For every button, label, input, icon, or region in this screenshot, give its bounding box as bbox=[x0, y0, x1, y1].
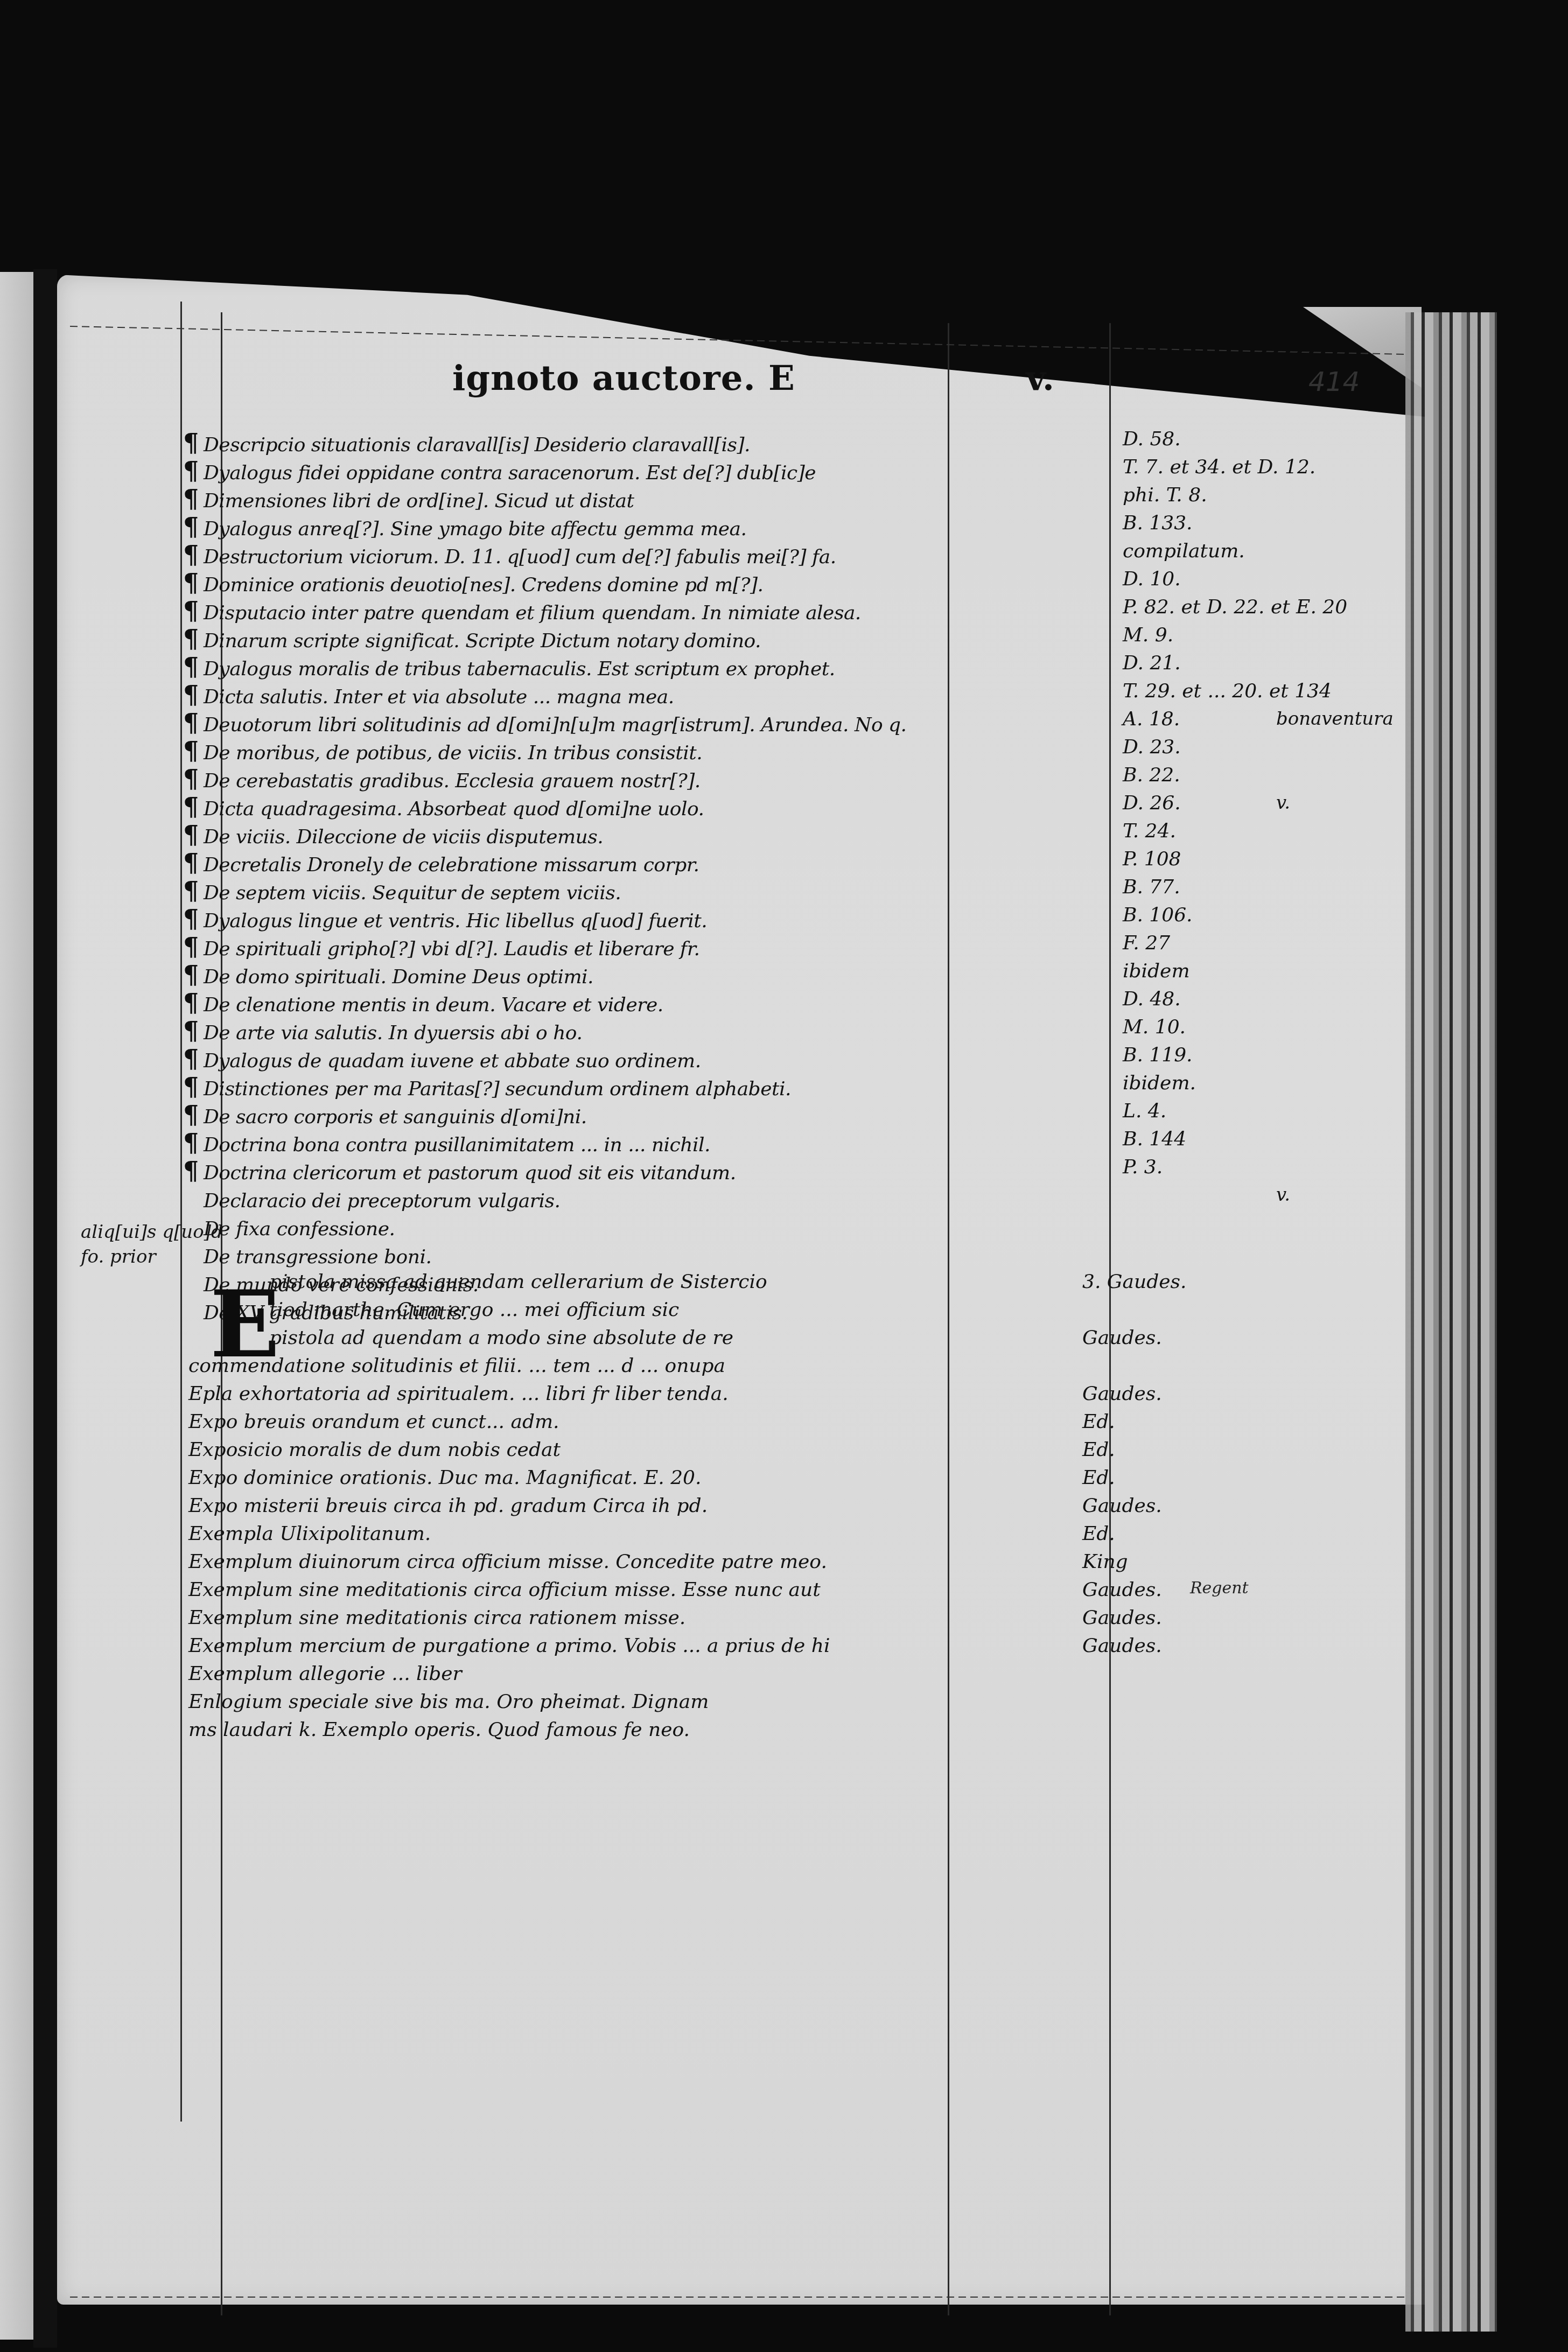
entry-title: commendatione solitudinis et filii. ... … bbox=[188, 1355, 725, 1377]
catalogue-entry: ¶De moribus, de potibus, de viciis. In t… bbox=[183, 736, 1314, 764]
entry-shelfmark: A. 18. bbox=[1123, 708, 1180, 730]
paragraph-mark-icon: ¶ bbox=[183, 624, 204, 653]
entry-title: Dyalogus fidei oppidane contra saracenor… bbox=[204, 462, 816, 484]
catalogue-entry: ¶Descripcio situationis claravall[is] De… bbox=[183, 428, 1314, 456]
margin-note-line: aliq[ui]s q[uo]d bbox=[81, 1220, 223, 1244]
entry-location: 3. Gaudes. bbox=[1082, 1271, 1186, 1293]
catalogue-entry: ¶De viciis. Dileccione de viciis dispute… bbox=[183, 820, 1314, 848]
catalogue-entry: ¶Dimensiones libri de ord[ine]. Sicud ut… bbox=[183, 484, 1314, 512]
epistola-entry: pistola missa ad quendam cellerarium de … bbox=[188, 1271, 1319, 1299]
folio-number: 414 bbox=[1308, 366, 1360, 397]
entry-title: Dicta quadragesima. Absorbeat quod d[omi… bbox=[204, 798, 704, 820]
entry-title: Exemplum sine meditationis circa ratione… bbox=[188, 1607, 685, 1629]
entry-title: Exempla Ulixipolitanum. bbox=[188, 1523, 431, 1545]
epistola-entry: commendatione solitudinis et filii. ... … bbox=[188, 1355, 1319, 1383]
entry-shelfmark: phi. T. 8. bbox=[1123, 484, 1207, 506]
epistola-entry: Exemplum mercium de purgatione a primo. … bbox=[188, 1635, 1319, 1663]
entry-shelfmark: B. 144 bbox=[1123, 1128, 1186, 1150]
entry-location: Ed. bbox=[1082, 1523, 1115, 1545]
epistola-entry: Enlogium speciale sive bis ma. Oro pheim… bbox=[188, 1691, 1319, 1719]
catalogue-entry: ¶Doctrina bona contra pusillanimitatem .… bbox=[183, 1128, 1314, 1156]
entry-shelfmark: compilatum. bbox=[1123, 540, 1245, 562]
entry-title: Dyalogus moralis de tribus tabernaculis.… bbox=[204, 658, 835, 680]
entry-title: Destructorium viciorum. D. 11. q[uod] cu… bbox=[204, 546, 836, 568]
entry-shelfmark: P. 82. et D. 22. et E. 20 bbox=[1123, 596, 1347, 618]
paragraph-mark-icon: ¶ bbox=[183, 1044, 204, 1073]
paragraph-mark-icon: ¶ bbox=[183, 848, 204, 877]
entry-title: De moribus, de potibus, de viciis. In tr… bbox=[204, 742, 702, 764]
catalogue-entry: ¶De septem viciis. Sequitur de septem vi… bbox=[183, 876, 1314, 904]
entry-title: Expo misterii breuis circa ih pd. gradum… bbox=[188, 1495, 708, 1517]
paragraph-mark-icon: ¶ bbox=[183, 876, 204, 905]
entry-title: ms laudari k. Exemplo operis. Quod famou… bbox=[188, 1719, 690, 1741]
paragraph-mark-icon: ¶ bbox=[183, 708, 204, 737]
epistola-entry: Exempla Ulixipolitanum.Ed. bbox=[188, 1523, 1319, 1551]
paragraph-mark-icon: ¶ bbox=[183, 1100, 204, 1129]
entry-shelfmark: ibidem. bbox=[1123, 1072, 1196, 1094]
entry-title: Doctrina bona contra pusillanimitatem ..… bbox=[204, 1134, 710, 1156]
paragraph-mark-icon: ¶ bbox=[183, 1156, 204, 1185]
catalogue-entry: ¶De sacro corporis et sanguinis d[omi]ni… bbox=[183, 1100, 1314, 1128]
entry-shelfmark: D. 48. bbox=[1123, 988, 1181, 1010]
catalogue-entry: ¶Dyalogus moralis de tribus tabernaculis… bbox=[183, 652, 1314, 680]
catalogue-entry: ¶Dyalogus anreq[?]. Sine ymago bite affe… bbox=[183, 512, 1314, 540]
entry-location: King bbox=[1082, 1551, 1128, 1573]
entry-title: De sacro corporis et sanguinis d[omi]ni. bbox=[204, 1106, 587, 1128]
catalogue-entry: ¶Decretalis Dronely de celebratione miss… bbox=[183, 848, 1314, 876]
entry-shelfmark: D. 21. bbox=[1123, 652, 1181, 674]
entry-title: pistola ad quendam a modo sine absolute … bbox=[188, 1327, 733, 1349]
entry-shelfmark: T. 24. bbox=[1123, 820, 1176, 842]
entry-shelfmark: B. 77. bbox=[1123, 876, 1180, 898]
entry-title: Exposicio moralis de dum nobis cedat bbox=[188, 1439, 561, 1461]
entry-location: Gaudes. bbox=[1082, 1383, 1162, 1405]
entry-title: Dimensiones libri de ord[ine]. Sicud ut … bbox=[204, 490, 634, 512]
entry-title: Expo dominice orationis. Duc ma. Magnifi… bbox=[188, 1467, 701, 1489]
entry-shelfmark: T. 7. et 34. et D. 12. bbox=[1123, 456, 1315, 478]
epistola-entry: Expo dominice orationis. Duc ma. Magnifi… bbox=[188, 1467, 1319, 1495]
epistola-section: E pistola missa ad quendam cellerarium d… bbox=[188, 1271, 1319, 1747]
entry-title: Enlogium speciale sive bis ma. Oro pheim… bbox=[188, 1691, 709, 1713]
epistola-entry: Expo misterii breuis circa ih pd. gradum… bbox=[188, 1495, 1319, 1523]
epistola-entry: Exemplum sine meditationis circa ratione… bbox=[188, 1607, 1319, 1635]
catalogue-entry: ¶Dinarum scripte significat. Scripte Dic… bbox=[183, 624, 1314, 652]
ruling-line-bottom bbox=[70, 2297, 1405, 2298]
entry-shelfmark: B. 22. bbox=[1123, 764, 1180, 786]
book-gutter bbox=[33, 269, 57, 2348]
epistola-entry: Epla exhortatoria ad spiritualem. ... li… bbox=[188, 1383, 1319, 1411]
entry-shelfmark: D. 23. bbox=[1123, 736, 1181, 758]
catalogue-entry: ¶De transgressione boni. bbox=[183, 1240, 1314, 1268]
paragraph-mark-icon: ¶ bbox=[183, 680, 204, 709]
entry-title: De arte via salutis. In dyuersis abi o h… bbox=[204, 1022, 582, 1044]
paragraph-mark-icon: ¶ bbox=[183, 904, 204, 933]
entry-title: Dominice orationis deuotio[nes]. Credens… bbox=[204, 574, 764, 596]
entry-title: Epla exhortatoria ad spiritualem. ... li… bbox=[188, 1383, 729, 1405]
entry-shelfmark: M. 9. bbox=[1123, 624, 1173, 646]
epistola-entry: Exposicio moralis de dum nobis cedatEd. bbox=[188, 1439, 1319, 1467]
entry-title: Doctrina clericorum et pastorum quod sit… bbox=[204, 1162, 736, 1184]
entry-shelfmark: F. 27 bbox=[1123, 932, 1170, 954]
entry-title: De septem viciis. Sequitur de septem vic… bbox=[204, 882, 621, 904]
epistola-entry: pistola ad quendam a modo sine absolute … bbox=[188, 1327, 1319, 1355]
catalogue-entry: ¶Declaracio dei preceptorum vulgaris.v. bbox=[183, 1184, 1314, 1212]
entry-title: De fixa confessione. bbox=[204, 1218, 395, 1240]
paragraph-mark-icon: ¶ bbox=[183, 820, 204, 849]
entry-title: tiod marthe. Cum ergo ... mei officium s… bbox=[188, 1299, 679, 1321]
entry-title: Exemplum mercium de purgatione a primo. … bbox=[188, 1635, 830, 1657]
paragraph-mark-icon: ¶ bbox=[183, 596, 204, 625]
paragraph-mark-icon: ¶ bbox=[183, 792, 204, 821]
entry-shelfmark: T. 29. et ... 20. et 134 bbox=[1123, 680, 1332, 702]
paragraph-mark-icon: ¶ bbox=[183, 512, 204, 541]
catalogue-entry: ¶De domo spirituali. Domine Deus optimi.… bbox=[183, 960, 1314, 988]
catalogue-entry: ¶Dominice orationis deuotio[nes]. Creden… bbox=[183, 568, 1314, 596]
entry-title: Decretalis Dronely de celebratione missa… bbox=[204, 854, 699, 876]
entry-title: De transgressione boni. bbox=[204, 1246, 431, 1268]
catalogue-entry: ¶Dyalogus de quadam iuvene et abbate suo… bbox=[183, 1044, 1314, 1072]
entry-location: Gaudes. bbox=[1082, 1327, 1162, 1349]
paragraph-mark-icon: ¶ bbox=[183, 456, 204, 485]
catalogue-entry: ¶Distinctiones per ma Paritas[?] secundu… bbox=[183, 1072, 1314, 1100]
epistola-entry: tiod marthe. Cum ergo ... mei officium s… bbox=[188, 1299, 1319, 1327]
entry-shelfmark: D. 58. bbox=[1123, 428, 1181, 450]
entry-title: De spirituali gripho[?] vbi d[?]. Laudis… bbox=[204, 938, 699, 960]
epistola-entry: Exemplum diuinorum circa officium misse.… bbox=[188, 1551, 1319, 1579]
entry-title: Dyalogus lingue et ventris. Hic libellus… bbox=[204, 910, 707, 932]
paragraph-mark-icon: ¶ bbox=[183, 428, 204, 457]
entry-title: Descripcio situationis claravall[is] Des… bbox=[204, 434, 750, 456]
entry-shelfmark: P. 108 bbox=[1123, 848, 1181, 870]
entry-title: Deuotorum libri solitudinis ad d[omi]n[u… bbox=[204, 714, 907, 736]
paragraph-mark-icon: ¶ bbox=[183, 1016, 204, 1045]
entry-title: Declaracio dei preceptorum vulgaris. bbox=[204, 1190, 560, 1212]
paragraph-mark-icon: ¶ bbox=[183, 1128, 204, 1157]
paragraph-mark-icon: ¶ bbox=[183, 960, 204, 989]
entry-location: Gaudes. bbox=[1082, 1607, 1162, 1629]
paragraph-mark-icon: ¶ bbox=[183, 652, 204, 681]
entry-note: v. bbox=[1276, 792, 1290, 814]
catalogue-entry: ¶Dicta salutis. Inter et via absolute ..… bbox=[183, 680, 1314, 708]
catalogue-entry: ¶De fixa confessione. bbox=[183, 1212, 1314, 1240]
entry-shelfmark: ibidem bbox=[1123, 960, 1190, 982]
entry-title: Expo breuis orandum et cunct... adm. bbox=[188, 1411, 559, 1433]
entry-title: Exemplum diuinorum circa officium misse.… bbox=[188, 1551, 827, 1573]
paragraph-mark-icon: ¶ bbox=[183, 540, 204, 569]
catalogue-entry: ¶Doctrina clericorum et pastorum quod si… bbox=[183, 1156, 1314, 1184]
entry-title: pistola missa ad quendam cellerarium de … bbox=[188, 1271, 767, 1293]
catalogue-entry: ¶Dyalogus fidei oppidane contra saraceno… bbox=[183, 456, 1314, 484]
catalogue-entry: ¶De clenatione mentis in deum. Vacare et… bbox=[183, 988, 1314, 1016]
entry-location: Ed. bbox=[1082, 1411, 1115, 1433]
margin-note-line: fo. prior bbox=[81, 1244, 223, 1269]
entry-note: bonaventura bbox=[1276, 708, 1394, 730]
page-title: ignoto auctore. E bbox=[452, 358, 795, 398]
catalogue-entry: ¶Deuotorum libri solitudinis ad d[omi]n[… bbox=[183, 708, 1314, 736]
epistola-entry: Exemplum sine meditationis circa officiu… bbox=[188, 1579, 1319, 1607]
catalogue-entry: ¶Dicta quadragesima. Absorbeat quod d[om… bbox=[183, 792, 1314, 820]
entry-shelfmark: B. 119. bbox=[1123, 1044, 1193, 1066]
entry-location: Gaudes. bbox=[1082, 1579, 1162, 1601]
entry-shelfmark: B. 106. bbox=[1123, 904, 1193, 926]
catalogue-entry: ¶De spirituali gripho[?] vbi d[?]. Laudi… bbox=[183, 932, 1314, 960]
facing-page-edge bbox=[0, 272, 35, 2340]
entry-annotation: Regent bbox=[1190, 1579, 1249, 1598]
entry-title: Dyalogus anreq[?]. Sine ymago bite affec… bbox=[204, 518, 747, 540]
paragraph-mark-icon: ¶ bbox=[183, 764, 204, 793]
entry-location: Gaudes. bbox=[1082, 1635, 1162, 1657]
paragraph-mark-icon: ¶ bbox=[183, 484, 204, 513]
entry-shelfmark: M. 10. bbox=[1123, 1016, 1186, 1038]
entry-title: Exemplum sine meditationis circa officiu… bbox=[188, 1579, 821, 1601]
margin-note-left: aliq[ui]s q[uo]d fo. prior bbox=[81, 1220, 223, 1269]
catalogue-entry: ¶Dyalogus lingue et ventris. Hic libellu… bbox=[183, 904, 1314, 932]
entry-note: v. bbox=[1276, 1184, 1290, 1206]
entry-title: De viciis. Dileccione de viciis disputem… bbox=[204, 826, 603, 848]
catalogue-entry: ¶De cerebastatis gradibus. Ecclesia grau… bbox=[183, 764, 1314, 792]
entry-shelfmark: P. 3. bbox=[1123, 1156, 1163, 1178]
entry-title: Exemplum allegorie ... liber bbox=[188, 1663, 462, 1685]
paragraph-mark-icon: ¶ bbox=[183, 932, 204, 961]
entry-shelfmark: D. 10. bbox=[1123, 568, 1181, 590]
epistola-entry: Exemplum allegorie ... liber bbox=[188, 1663, 1319, 1691]
ruling-line-margin-1 bbox=[180, 302, 182, 2122]
entry-title: Distinctiones per ma Paritas[?] secundum… bbox=[204, 1078, 791, 1100]
entry-title: Dyalogus de quadam iuvene et abbate suo … bbox=[204, 1050, 701, 1072]
entry-shelfmark: L. 4. bbox=[1123, 1100, 1166, 1122]
entry-shelfmark: B. 133. bbox=[1123, 512, 1193, 534]
paragraph-mark-icon: ¶ bbox=[183, 568, 204, 597]
paragraph-mark-icon: ¶ bbox=[183, 1072, 204, 1101]
page-edges bbox=[1405, 312, 1497, 2332]
paragraph-mark-icon: ¶ bbox=[183, 988, 204, 1017]
section-letter: v. bbox=[1026, 358, 1054, 398]
catalogue-entries: ¶Descripcio situationis claravall[is] De… bbox=[183, 428, 1314, 1324]
entry-title: Dicta salutis. Inter et via absolute ...… bbox=[204, 686, 674, 708]
paragraph-mark-icon: ¶ bbox=[183, 736, 204, 765]
entry-title: De clenatione mentis in deum. Vacare et … bbox=[204, 994, 663, 1016]
catalogue-entry: ¶Destructorium viciorum. D. 11. q[uod] c… bbox=[183, 540, 1314, 568]
catalogue-entry: ¶Disputacio inter patre quendam et filiu… bbox=[183, 596, 1314, 624]
catalogue-entry: ¶De arte via salutis. In dyuersis abi o … bbox=[183, 1016, 1314, 1044]
entry-location: Ed. bbox=[1082, 1439, 1115, 1461]
epistola-entry: Expo breuis orandum et cunct... adm.Ed. bbox=[188, 1411, 1319, 1439]
entry-title: De domo spirituali. Domine Deus optimi. bbox=[204, 966, 593, 988]
epistola-entry: ms laudari k. Exemplo operis. Quod famou… bbox=[188, 1719, 1319, 1747]
entry-title: Dinarum scripte significat. Scripte Dict… bbox=[204, 630, 761, 652]
entry-title: Disputacio inter patre quendam et filium… bbox=[204, 602, 861, 624]
entry-location: Gaudes. bbox=[1082, 1495, 1162, 1517]
entry-title: De cerebastatis gradibus. Ecclesia graue… bbox=[204, 770, 701, 792]
entry-location: Ed. bbox=[1082, 1467, 1115, 1489]
entry-shelfmark: D. 26. bbox=[1123, 792, 1181, 814]
